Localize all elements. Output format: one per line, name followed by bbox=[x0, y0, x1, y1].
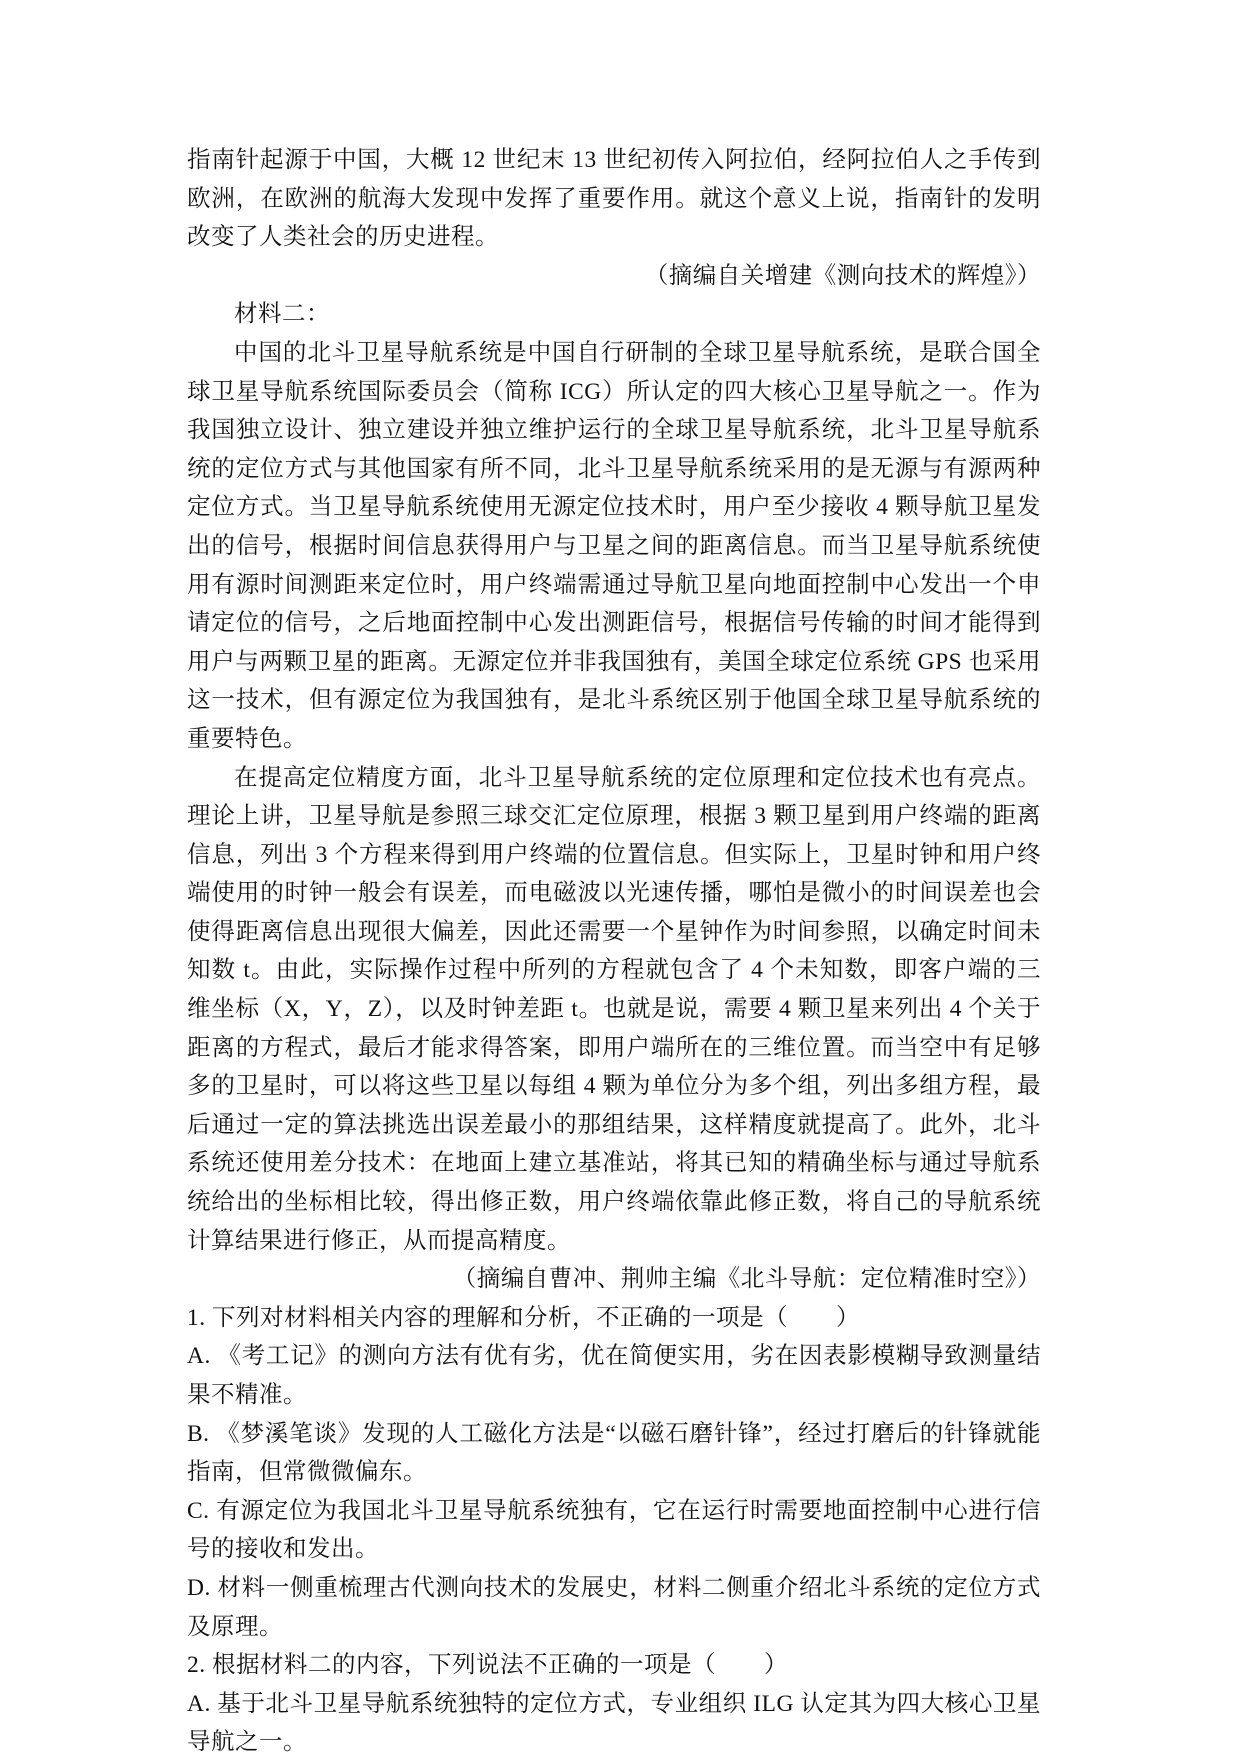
material-2-paragraph-1: 中国的北斗卫星导航系统是中国自行研制的全球卫星导航系统，是联合国全球卫星导航系统… bbox=[187, 334, 1041, 759]
question-1-option-c: C. 有源定位为我国北斗卫星导航系统独有，它在运行时需要地面控制中心进行信号的接… bbox=[187, 1492, 1041, 1569]
question-2-option-a: A. 基于北斗卫星导航系统独特的定位方式，专业组织 ILG 认定其为四大核心卫星… bbox=[187, 1685, 1041, 1754]
material-2-paragraph-2: 在提高定位精度方面，北斗卫星导航系统的定位原理和定位技术也有亮点。理论上讲，卫星… bbox=[187, 759, 1041, 1261]
material-2-heading: 材料二： bbox=[187, 295, 1041, 334]
question-1-stem: 1. 下列对材料相关内容的理解和分析，不正确的一项是（ ） bbox=[187, 1299, 1041, 1338]
material-1-source-attribution: （摘编自关增建《测向技术的辉煌》） bbox=[187, 257, 1041, 296]
material-2-source-attribution: （摘编自曹冲、荆帅主编《北斗导航：定位精准时空》） bbox=[187, 1260, 1041, 1299]
continuation-paragraph: 指南针起源于中国，大概 12 世纪末 13 世纪初传入阿拉伯，经阿拉伯人之手传到… bbox=[187, 141, 1041, 257]
document-page: 指南针起源于中国，大概 12 世纪末 13 世纪初传入阿拉伯，经阿拉伯人之手传到… bbox=[0, 0, 1240, 1754]
question-1-option-d: D. 材料一侧重梳理古代测向技术的发展史，材料二侧重介绍北斗系统的定位方式及原理… bbox=[187, 1569, 1041, 1646]
passage-text-block: 指南针起源于中国，大概 12 世纪末 13 世纪初传入阿拉伯，经阿拉伯人之手传到… bbox=[187, 141, 1041, 1754]
question-1-option-a: A. 《考工记》的测向方法有优有劣，优在简便实用，劣在因表影模糊导致测量结果不精… bbox=[187, 1337, 1041, 1414]
question-2-stem: 2. 根据材料二的内容，下列说法不正确的一项是（ ） bbox=[187, 1646, 1041, 1685]
question-1-option-b: B. 《梦溪笔谈》发现的人工磁化方法是“以磁石磨针锋”，经过打磨后的针锋就能指南… bbox=[187, 1415, 1041, 1492]
